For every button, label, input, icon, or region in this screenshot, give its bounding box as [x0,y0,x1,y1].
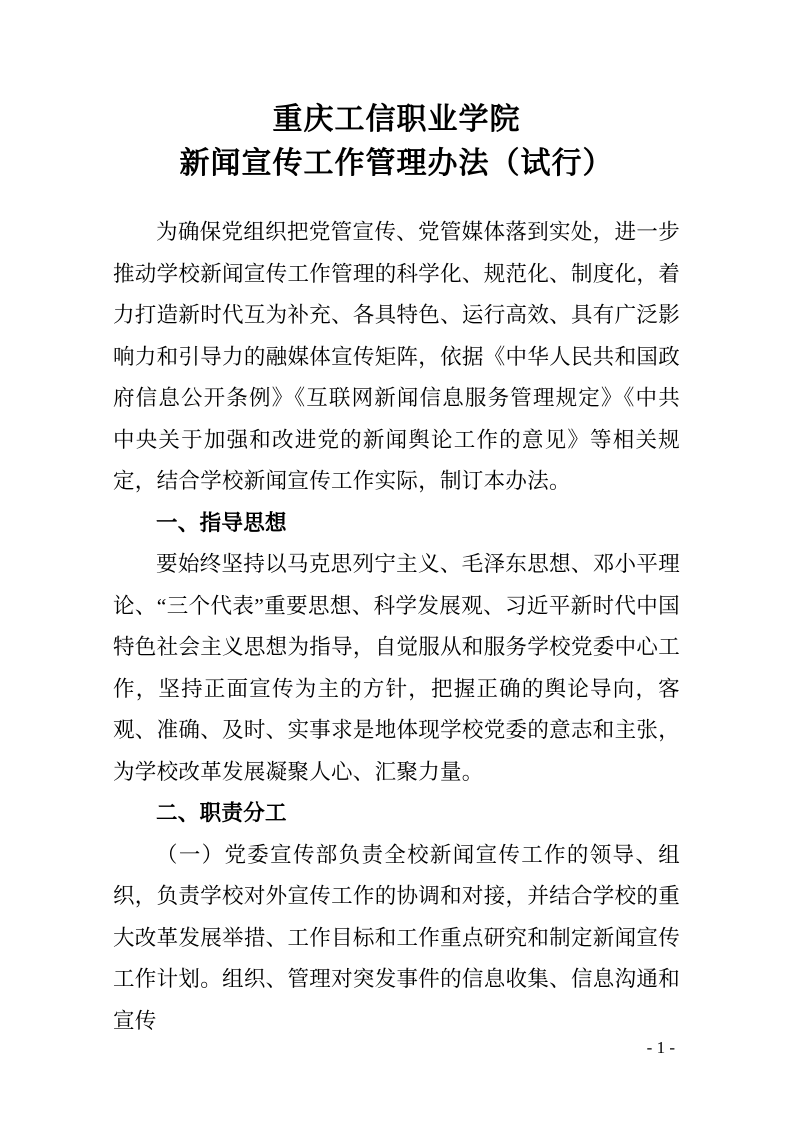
document-title-line-1: 重庆工信职业学院 [113,98,680,142]
paragraph-duty-division-item-1: （一）党委宣传部负责全校新闻宣传工作的领导、组织，负责学校对外宣传工作的协调和对… [113,835,680,1043]
section-heading-duty-division: 二、职责分工 [113,793,680,835]
page-number: - 1 - [647,1036,675,1060]
paragraph-guiding-ideology: 要始终坚持以马克思列宁主义、毛泽东思想、邓小平理论、“三个代表”重要思想、科学发… [113,544,680,793]
document-page: 重庆工信职业学院 新闻宣传工作管理办法（试行） 为确保党组织把党管宣传、党管媒体… [0,0,793,1122]
section-heading-guiding-ideology: 一、指导思想 [113,503,680,545]
page-content: 重庆工信职业学院 新闻宣传工作管理办法（试行） 为确保党组织把党管宣传、党管媒体… [0,0,793,1042]
document-title: 重庆工信职业学院 新闻宣传工作管理办法（试行） [113,98,680,186]
paragraph-intro: 为确保党组织把党管宣传、党管媒体落到实处，进一步推动学校新闻宣传工作管理的科学化… [113,212,680,503]
document-body: 为确保党组织把党管宣传、党管媒体落到实处，进一步推动学校新闻宣传工作管理的科学化… [113,212,680,1042]
document-title-line-2: 新闻宣传工作管理办法（试行） [113,142,680,186]
